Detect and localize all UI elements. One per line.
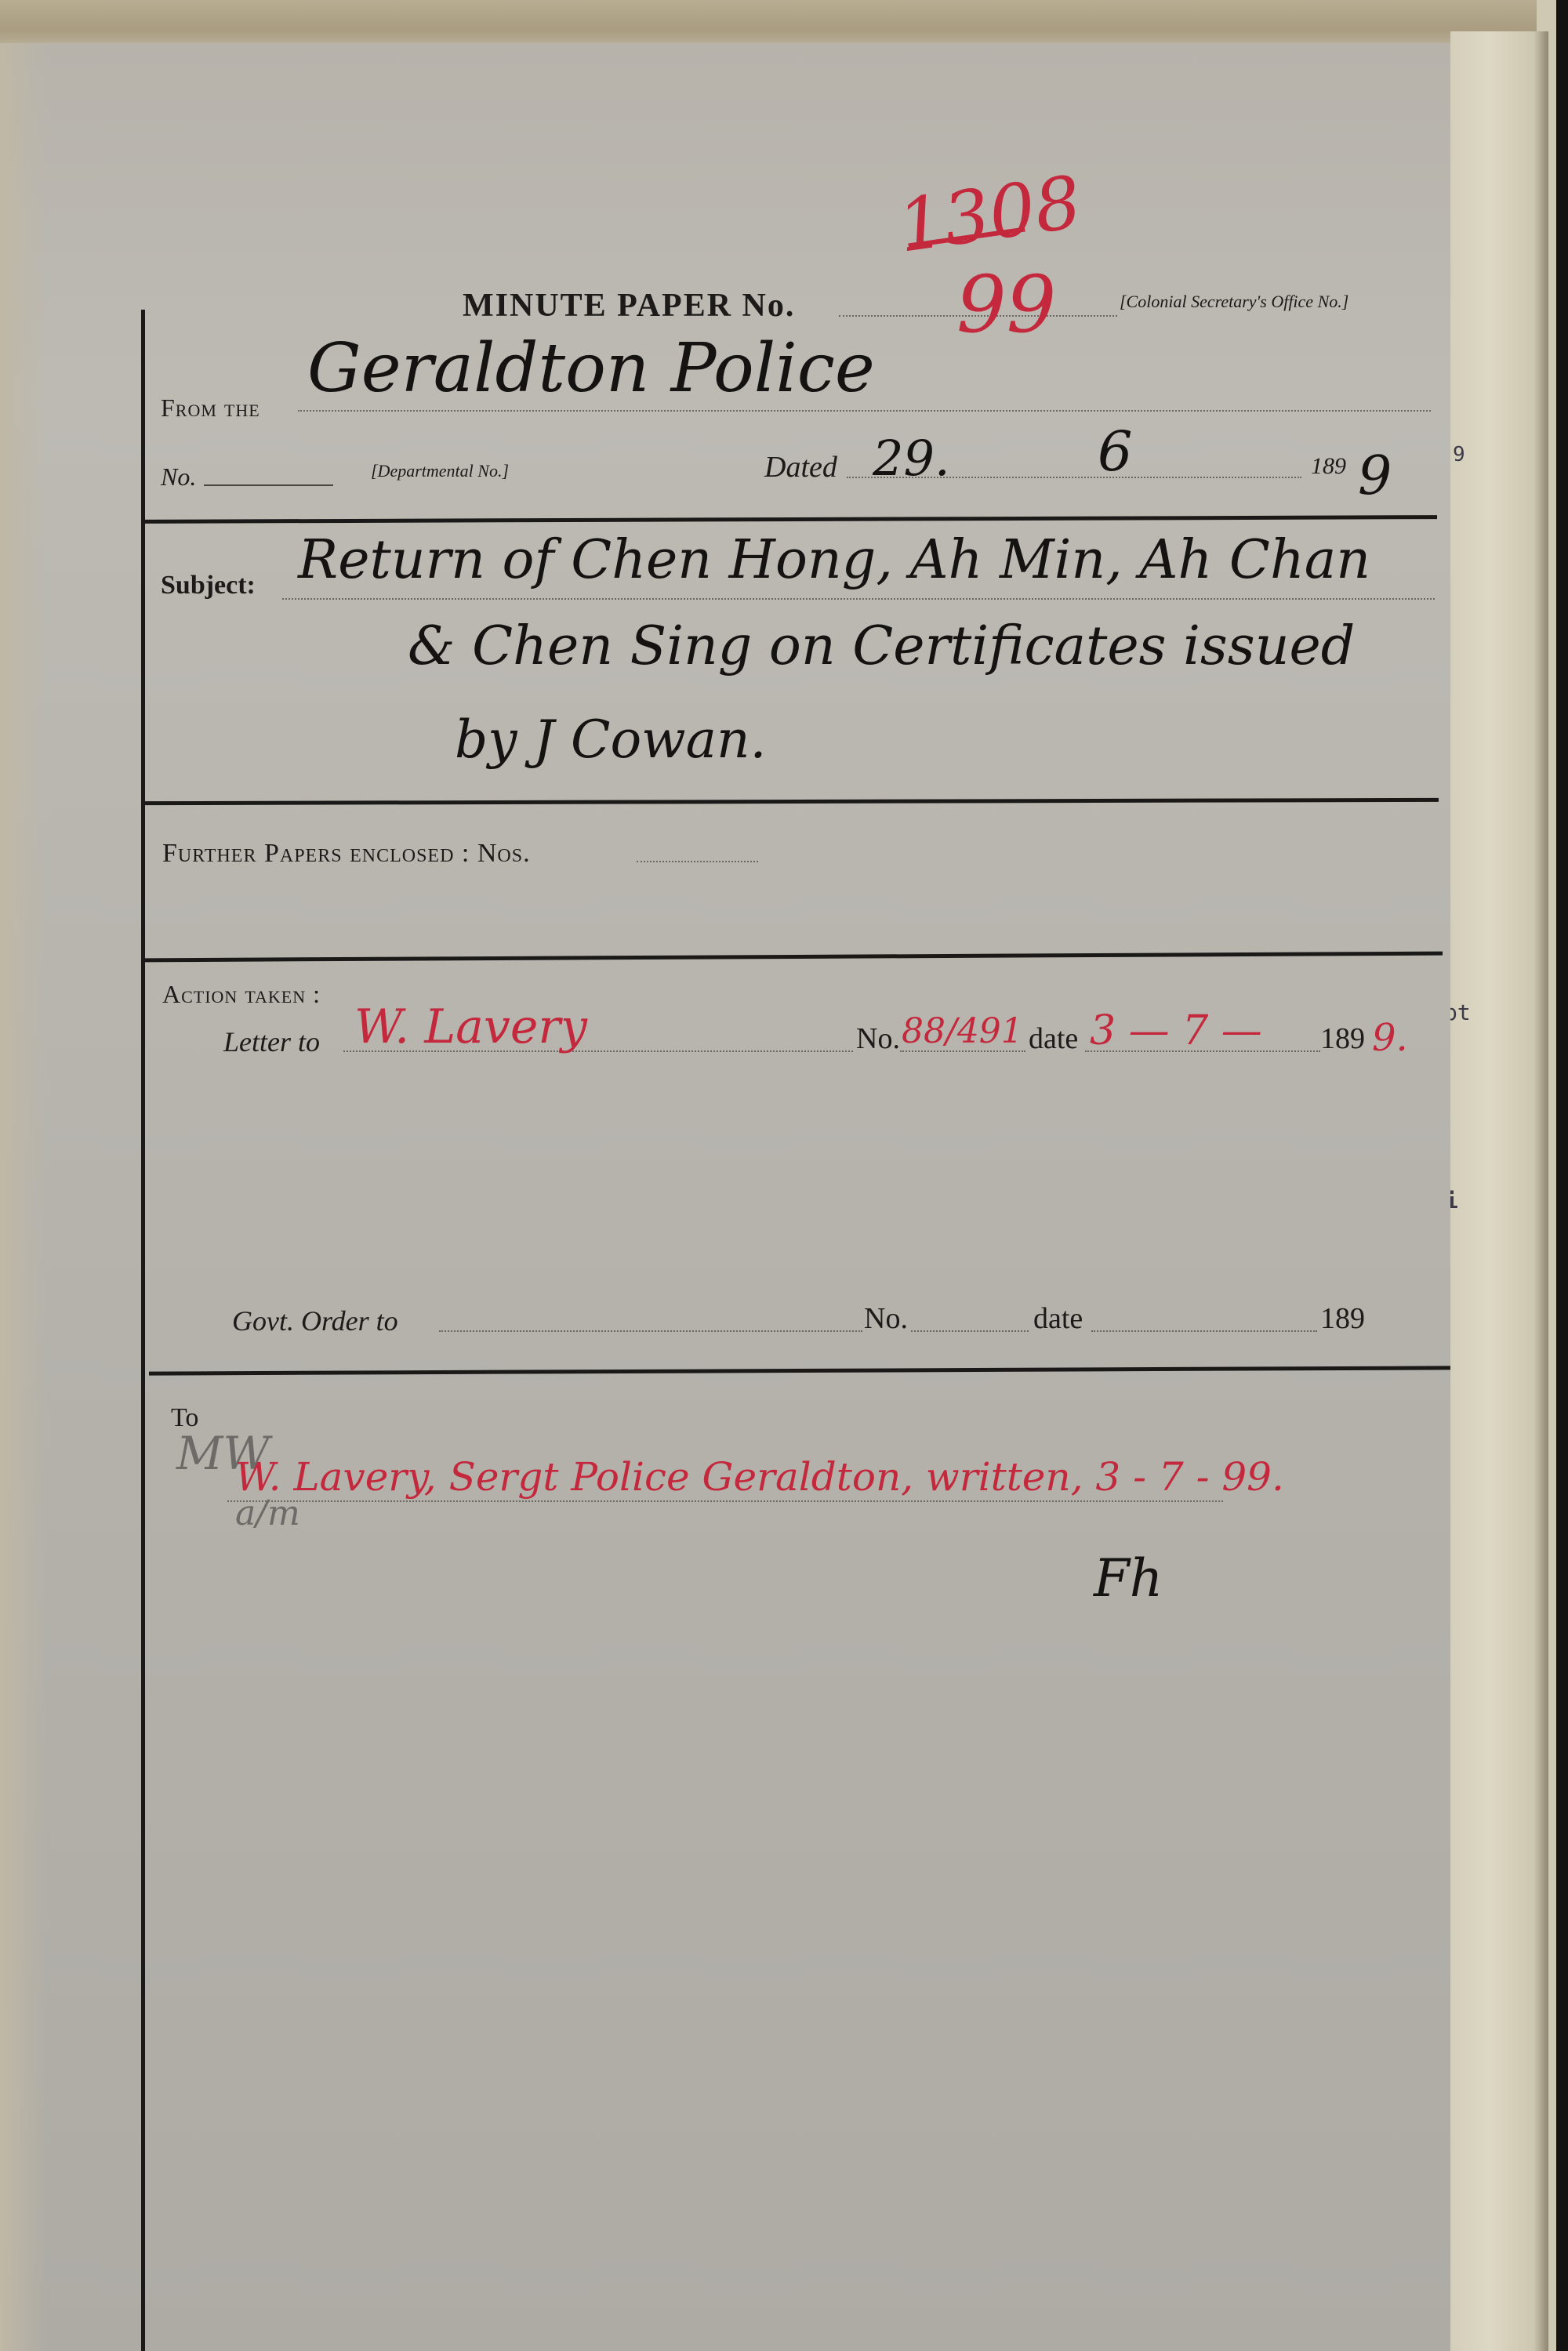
- to-field-line: [227, 1500, 1223, 1502]
- folder-right-strip: [1450, 31, 1548, 2351]
- govt-date-label: date: [1033, 1301, 1083, 1336]
- letter-year-prefix: 189: [1320, 1021, 1365, 1056]
- letter-date-label: date: [1029, 1021, 1078, 1056]
- action-taken-label: Action taken :: [162, 980, 321, 1009]
- subject-line-1: Return of Chen Hong, Ah Min, Ah Chan: [298, 529, 1370, 591]
- form-title: MINUTE PAPER No.: [463, 287, 795, 325]
- govt-date-field-line: [1091, 1330, 1317, 1332]
- govt-order-field-line: [439, 1330, 862, 1332]
- from-value: Geraldton Police: [307, 329, 875, 408]
- dated-day: 29.: [873, 430, 950, 487]
- to-value: W. Lavery, Sergt Police Geraldton, writt…: [235, 1454, 1284, 1500]
- letter-date-value: 3 — 7 —: [1090, 1007, 1262, 1054]
- dated-year-prefix: 189: [1311, 453, 1346, 480]
- dated-label: Dated: [764, 450, 837, 484]
- letter-year-suffix: 9.: [1372, 1016, 1408, 1060]
- from-label: From the: [161, 394, 260, 423]
- subject-label: Subject:: [161, 571, 256, 600]
- letter-no-label: No.: [856, 1021, 900, 1056]
- further-papers-field: [637, 861, 758, 862]
- letter-to-value: W. Lavery: [354, 1000, 587, 1054]
- departmental-no-field: [204, 484, 333, 486]
- margin-mark: 9: [1453, 443, 1465, 466]
- letter-to-label: Letter to: [223, 1025, 320, 1058]
- minute-paper-number-bottom: 99: [956, 259, 1056, 350]
- govt-no-field-line: [911, 1330, 1029, 1332]
- further-papers-label: Further Papers enclosed : Nos.: [162, 839, 531, 869]
- left-margin-rule: [141, 310, 145, 2351]
- govt-order-label: Govt. Order to: [232, 1304, 398, 1337]
- govt-no-label: No.: [864, 1301, 908, 1336]
- from-field-line: [298, 410, 1431, 412]
- departmental-no-label: No.: [161, 463, 196, 492]
- subject-line-2: & Chen Sing on Certificates issued: [408, 615, 1355, 677]
- dated-year-suffix: 9: [1358, 445, 1392, 507]
- dated-month: 6: [1098, 419, 1133, 484]
- initials: Fh: [1094, 1548, 1163, 1609]
- govt-year-prefix: 189: [1320, 1301, 1365, 1336]
- subject-line-3: by J Cowan.: [455, 709, 767, 770]
- sheet-edge-shadow: [0, 43, 47, 2351]
- departmental-no-hint: [Departmental No.]: [371, 461, 509, 481]
- subject-field-line: [282, 598, 1435, 600]
- office-no-label: [Colonial Secretary's Office No.]: [1120, 292, 1348, 312]
- letter-no-value: 88/491: [902, 1011, 1023, 1051]
